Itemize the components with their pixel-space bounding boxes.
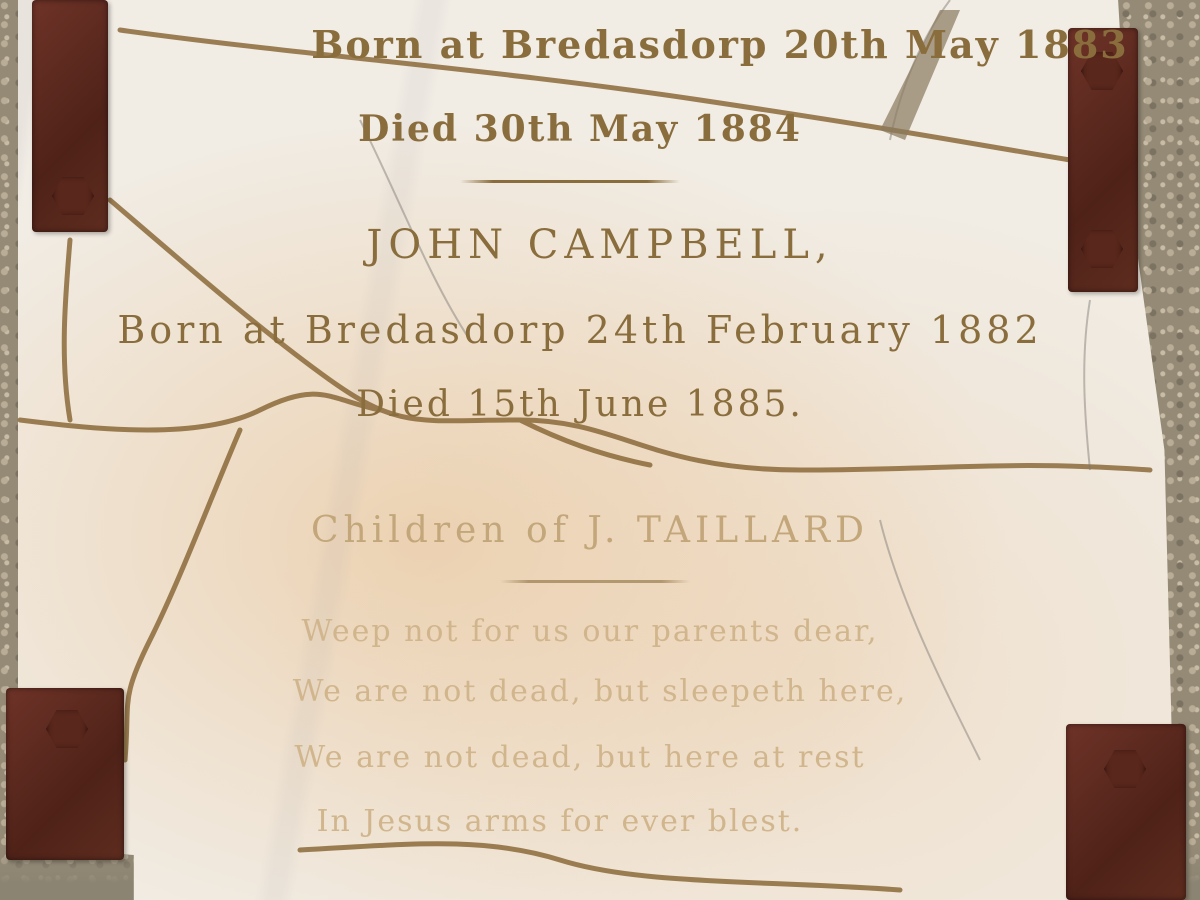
inscription-born-1: Born at Bredasdorp 20th May 1883 (0, 22, 1200, 67)
verse-line-3: We are not dead, but here at rest (0, 740, 1180, 775)
divider-2 (500, 580, 690, 583)
inscription-died-1: Died 30th May 1884 (0, 108, 1180, 150)
bolt-icon (52, 175, 94, 217)
inscription-born-2: Born at Bredasdorp 24th February 1882 (0, 308, 1180, 352)
divider-1 (460, 180, 680, 183)
inscription-dedication: Children of J. TAILLARD (0, 510, 1190, 551)
inscription-name: JOHN CAMPBELL, (0, 222, 1200, 268)
verse-line-1: Weep not for us our parents dear, (0, 614, 1190, 649)
verse-line-2: We are not dead, but sleepeth here, (0, 674, 1200, 709)
inscription-died-2: Died 15th June 1885. (0, 384, 1180, 425)
verse-line-4: In Jesus arms for ever blest. (0, 804, 1160, 839)
